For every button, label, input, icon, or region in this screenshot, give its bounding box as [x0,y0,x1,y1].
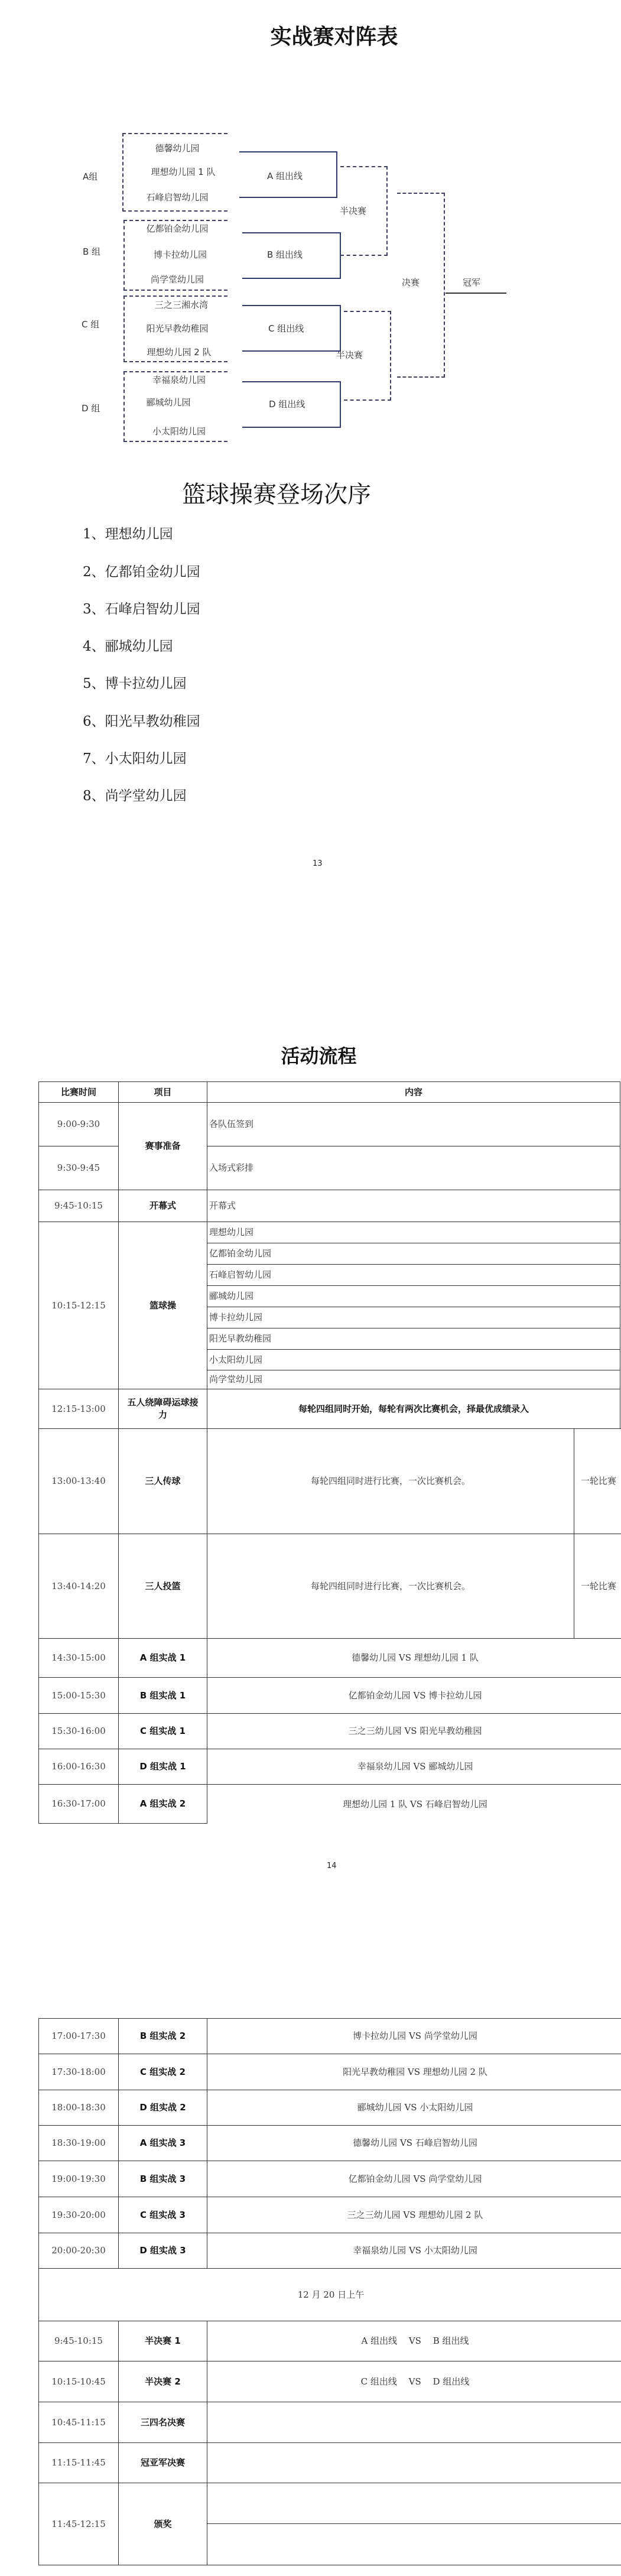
team-d1: 幸福泉幼儿园 [129,373,229,386]
time-cell: 9:45-10:15 [38,1190,119,1222]
match-content: 德馨幼儿园 VS 石峰启智幼儿园 [207,2125,621,2161]
item-cell: C 组实战 3 [118,2197,207,2233]
item-cell: A 组实战 1 [118,1638,207,1678]
match-content: C 组出线 VS D 组出线 [207,2361,621,2402]
time-cell: 9:30-9:45 [38,1146,119,1190]
header-content: 内容 [207,1081,620,1103]
time-cell: 14:30-15:00 [38,1638,119,1678]
group-label-a: A组 [83,170,97,183]
time-cell: 15:30-16:00 [38,1713,119,1749]
drill-team: 亿都铂金幼儿园 [207,1243,620,1265]
order-item-3: 3、石峰启智幼儿园 [83,598,200,618]
order-item-6: 6、阳光早教幼稚园 [83,710,200,730]
team-b3: 尚学堂幼儿园 [127,273,227,285]
time-cell: 20:00-20:30 [38,2233,119,2269]
item-cell: 篮球操 [118,1222,207,1389]
note-cell: 一轮比赛 [574,1428,621,1534]
time-cell: 17:30-18:00 [38,2054,119,2090]
match-content: 幸福泉幼儿园 VS 郦城幼儿园 [207,1749,621,1785]
item-cell: 赛事准备 [118,1102,207,1190]
match-content: 德馨幼儿园 VS 理想幼儿园 1 队 [207,1638,621,1678]
page-number-13: 13 [313,859,323,868]
drill-team: 小太阳幼儿园 [207,1349,620,1370]
item-cell: D 组实战 1 [118,1749,207,1785]
header-item: 项目 [118,1081,207,1103]
team-d3: 小太阳幼儿园 [129,425,229,437]
item-cell: 开幕式 [118,1190,207,1222]
team-a1: 德馨幼儿园 [127,142,227,154]
awards-content-bottom [207,2523,621,2565]
order-item-8: 8、尚学堂幼儿园 [83,785,187,804]
time-cell: 10:15-12:15 [38,1222,119,1389]
content-cell: 每轮四组同时开始，每轮有两次比赛机会，择最优成绩录入 [207,1389,620,1429]
time-cell: 19:00-19:30 [38,2161,119,2197]
time-cell: 18:30-19:00 [38,2125,119,2161]
time-cell: 10:15-10:45 [38,2361,119,2402]
time-cell: 11:45-12:15 [38,2483,119,2565]
content-cell: 开幕式 [207,1190,620,1222]
match-content: 三之三幼儿园 VS 理想幼儿园 2 队 [207,2197,621,2233]
time-cell: 11:15-11:45 [38,2442,119,2483]
match-content: 幸福泉幼儿园 VS 小太阳幼儿园 [207,2233,621,2269]
time-cell: 13:40-14:20 [38,1534,119,1639]
group-label-b: B 组 [83,245,100,258]
item-cell: 冠亚军决赛 [118,2442,207,2483]
advance-label-a: A 组出线 [267,170,303,182]
order-item-5: 5、博卡拉幼儿园 [83,673,187,692]
match-content [207,2442,621,2483]
champion-line [446,293,506,294]
time-cell: 17:00-17:30 [38,2018,119,2054]
item-cell: 颁奖 [118,2483,207,2565]
match-content [207,2402,621,2443]
drill-team: 尚学堂幼儿园 [207,1370,620,1389]
note-cell: 一轮比赛 [574,1534,621,1639]
item-cell: B 组实战 1 [118,1677,207,1714]
item-cell: 半决赛 2 [118,2361,207,2402]
order-item-1: 1、理想幼儿园 [83,523,173,543]
item-cell: D 组实战 3 [118,2233,207,2269]
team-c3: 理想幼儿园 2 队 [129,346,229,358]
team-b2: 博卡拉幼儿园 [130,248,230,261]
order-item-4: 4、郦城幼儿园 [83,635,173,655]
time-cell: 13:00-13:40 [38,1428,119,1534]
semifinal-label-top: 半决赛 [340,204,366,217]
group-label-c: C 组 [82,318,99,330]
header-time: 比赛时间 [38,1081,119,1103]
time-cell: 16:00-16:30 [38,1749,119,1785]
advance-label-c: C 组出线 [268,322,304,334]
team-b1: 亿都铂金幼儿园 [127,222,227,235]
drill-team: 理想幼儿园 [207,1222,620,1243]
schedule-title: 活动流程 [0,1041,621,1068]
team-a2: 理想幼儿园 1 队 [133,165,233,178]
item-cell: 三人投篮 [118,1534,207,1639]
item-cell: B 组实战 3 [118,2161,207,2197]
match-content: 阳光早教幼稚园 VS 理想幼儿园 2 队 [207,2054,621,2090]
item-cell: B 组实战 2 [118,2018,207,2054]
content-cell: 每轮四组同时进行比赛，一次比赛机会。 [207,1428,574,1534]
time-cell: 19:30-20:00 [38,2197,119,2233]
awards-content-top [207,2483,621,2524]
item-cell: D 组实战 2 [118,2090,207,2126]
match-content: 理想幼儿园 1 队 VS 石峰启智幼儿园 [207,1784,621,1824]
item-cell: 五人绕障碍运球接力 [118,1389,207,1429]
content-cell: 每轮四组同时进行比赛，一次比赛机会。 [207,1534,574,1639]
order-item-2: 2、亿都铂金幼儿园 [83,561,200,580]
order-title: 篮球操赛登场次序 [182,476,371,509]
advance-label-d: D 组出线 [269,398,305,410]
item-cell: 三四名决赛 [118,2402,207,2443]
match-content: 三之三幼儿园 VS 阳光早教幼稚园 [207,1713,621,1749]
semifinal-label-bottom: 半决赛 [336,349,363,361]
team-a3: 石峰启智幼儿园 [127,191,227,203]
item-cell: A 组实战 3 [118,2125,207,2161]
day2-date-row: 12 月 20 日上午 [38,2268,621,2321]
content-cell: 各队伍签到 [207,1102,620,1146]
content-cell: 入场式彩排 [207,1146,620,1190]
group-label-d: D 组 [82,402,100,414]
time-cell: 10:45-11:15 [38,2402,119,2443]
match-content: 博卡拉幼儿园 VS 尚学堂幼儿园 [207,2018,621,2054]
advance-label-b: B 组出线 [267,248,303,261]
drill-team: 石峰启智幼儿园 [207,1264,620,1286]
time-cell: 16:30-17:00 [38,1784,119,1824]
time-cell: 18:00-18:30 [38,2090,119,2126]
match-content: A 组出线 VS B 组出线 [207,2321,621,2361]
item-cell: 三人传球 [118,1428,207,1534]
order-item-7: 7、小太阳幼儿园 [83,748,187,767]
time-cell: 9:00-9:30 [38,1102,119,1146]
match-content: 亿都铂金幼儿园 VS 尚学堂幼儿园 [207,2161,621,2197]
time-cell: 15:00-15:30 [38,1677,119,1714]
item-cell: A 组实战 2 [118,1784,207,1824]
page-number-14: 14 [327,1862,337,1870]
item-cell: C 组实战 1 [118,1713,207,1749]
champion-label: 冠军 [463,276,480,288]
time-cell: 9:45-10:15 [38,2321,119,2361]
team-c2: 阳光早教幼稚园 [127,322,227,334]
match-content: 亿都铂金幼儿园 VS 博卡拉幼儿园 [207,1677,621,1714]
bracket-title: 实战赛对阵表 [0,20,621,50]
team-d2: 郦城幼儿园 [118,396,219,408]
final-label: 决赛 [402,276,420,288]
drill-team: 博卡拉幼儿园 [207,1307,620,1328]
item-cell: C 组实战 2 [118,2054,207,2090]
team-c1: 三之三湘水湾 [131,298,232,311]
match-content: 郦城幼儿园 VS 小太阳幼儿园 [207,2090,621,2126]
drill-team: 郦城幼儿园 [207,1285,620,1307]
drill-team: 阳光早教幼稚园 [207,1328,620,1350]
time-cell: 12:15-13:00 [38,1389,119,1429]
item-cell: 半决赛 1 [118,2321,207,2361]
